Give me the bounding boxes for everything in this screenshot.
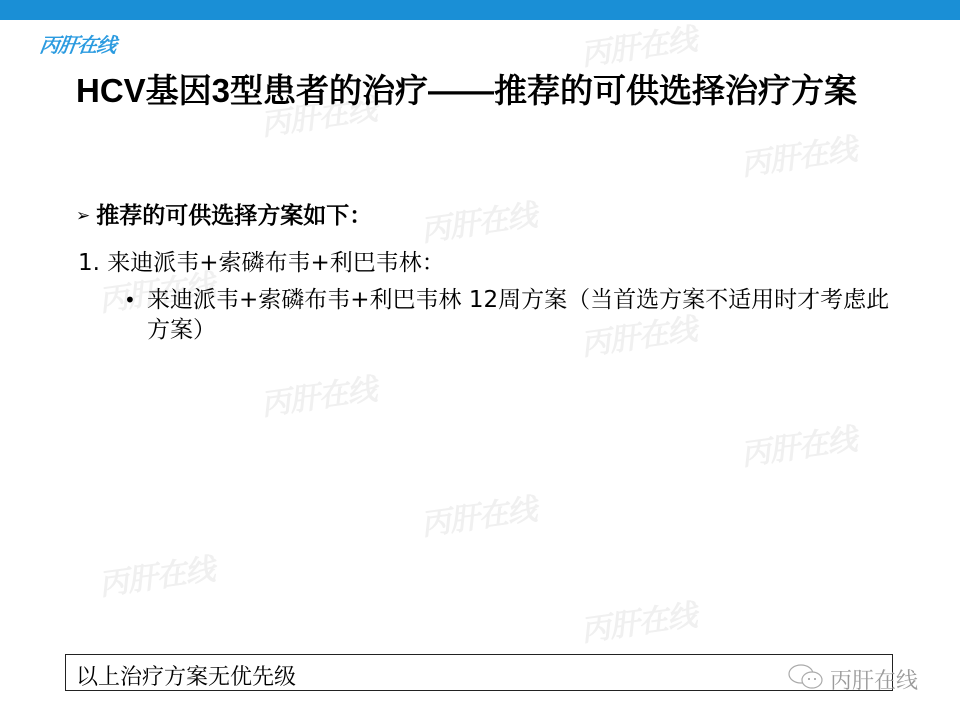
watermark: 丙肝在线: [578, 14, 699, 74]
sub-bullet-text: 来迪派韦+索磷布韦+利巴韦林 12周方案（当首选方案不适用时才考虑此方案）: [147, 285, 894, 345]
bullet-dot-icon: •: [124, 285, 136, 315]
watermark: 丙肝在线: [738, 414, 859, 474]
item-label: 来迪派韦+索磷布韦+利巴韦林：: [107, 250, 445, 276]
sub-bullet: • 来迪派韦+索磷布韦+利巴韦林 12周方案（当首选方案不适用时才考虑此方案）: [124, 285, 894, 345]
brand-logo: 丙肝在线: [38, 29, 118, 58]
top-accent-bar: [0, 0, 960, 20]
wechat-icon: [786, 662, 826, 696]
note-text: 以上治疗方案无优先级: [76, 660, 296, 691]
watermark: 丙肝在线: [578, 590, 699, 650]
list-item: 1. 来迪派韦+索磷布韦+利巴韦林：: [78, 244, 445, 277]
wechat-account-name: 丙肝在线: [830, 664, 918, 695]
slide-title: HCV基因3型患者的治疗——推荐的可供选择治疗方案: [76, 70, 866, 112]
watermark: 丙肝在线: [738, 124, 859, 184]
arrow-bullet-icon: ➢: [76, 206, 90, 226]
watermark: 丙肝在线: [418, 190, 539, 250]
watermark: 丙肝在线: [96, 544, 217, 604]
watermark: 丙肝在线: [418, 484, 539, 544]
subheading-text: 推荐的可供选择方案如下：: [96, 203, 372, 229]
item-number: 1.: [78, 250, 100, 276]
note-box: 以上治疗方案无优先级: [65, 654, 893, 691]
wechat-account-badge: 丙肝在线: [786, 662, 918, 696]
watermark: 丙肝在线: [258, 364, 379, 424]
subheading: ➢推荐的可供选择方案如下：: [76, 197, 372, 230]
